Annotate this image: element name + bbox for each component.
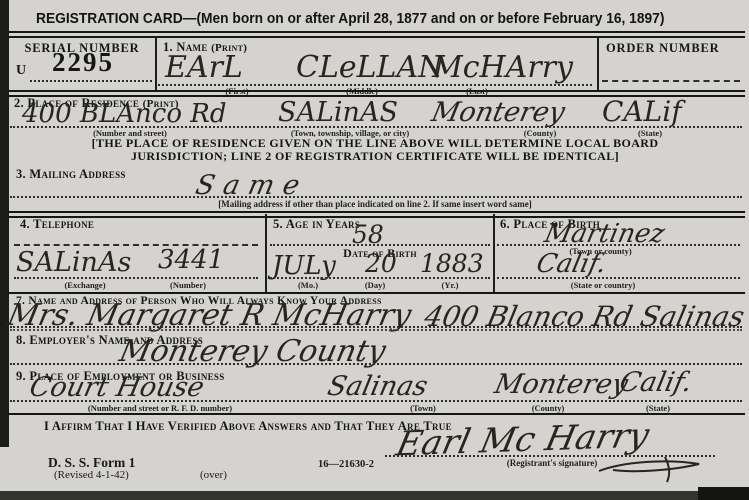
- dob-year-value: 1883: [420, 249, 484, 278]
- name-first-value: EArL: [165, 50, 243, 85]
- employment-state-value: Calif.: [617, 367, 695, 398]
- print-code: 16—21630-2: [318, 459, 374, 470]
- mailing-label: 3. Mailing Address: [16, 167, 126, 182]
- form-revised: (Revised 4-1-42): [54, 469, 129, 481]
- column-divider: [597, 36, 599, 90]
- mailing-hint: [Mailing address if other than place ind…: [100, 199, 650, 209]
- telephone-label: 4. Telephone: [20, 217, 94, 232]
- employment-county-caption: (County): [508, 403, 588, 413]
- jurisdiction-notice-line2: JURISDICTION; LINE 2 OF REGISTRATION CER…: [40, 149, 710, 164]
- age-label: 5. Age in Years: [273, 217, 360, 232]
- film-edge-left: [0, 0, 9, 447]
- serial-prefix: U: [16, 63, 26, 79]
- dob-month-caption: (Mo.): [278, 280, 338, 290]
- dob-day-caption: (Day): [345, 280, 405, 290]
- residence-state-value: CALif: [602, 95, 682, 128]
- column-divider: [493, 214, 495, 292]
- name-last-value: McHArry: [432, 50, 573, 85]
- residence-street-value: 400 BLAnco Rd: [22, 99, 226, 129]
- serial-number-value: 2295: [52, 47, 114, 78]
- serial-dotted-line: [30, 80, 152, 82]
- name-middle-value: CLeLLAN: [296, 50, 444, 85]
- telephone-number-caption: (Number): [148, 280, 228, 290]
- employment-state-caption: (State): [623, 403, 693, 413]
- over-note: (over): [200, 469, 227, 481]
- column-divider: [155, 36, 157, 90]
- row-double-rule: [8, 211, 745, 218]
- employment-dotted-line: [10, 400, 742, 402]
- mailing-dotted-line: [10, 196, 742, 198]
- residence-town-value: SALinAS: [278, 97, 398, 128]
- column-divider: [265, 214, 267, 292]
- contact-dotted-line-2: [10, 329, 742, 331]
- card-title: REGISTRATION CARD—(Men born on or after …: [36, 11, 664, 27]
- birth-state-dotted-line: [497, 277, 740, 279]
- affirmation-text: I Affirm That I Have Verified Above Answ…: [44, 419, 452, 434]
- birth-state-caption: (State or country): [528, 280, 678, 290]
- employer-dotted-line: [10, 363, 742, 365]
- contact-dotted-line: [10, 326, 742, 328]
- registration-card-scan: REGISTRATION CARD—(Men born on or after …: [0, 0, 749, 500]
- birth-state-value: Calif.: [534, 249, 609, 279]
- order-number-label: ORDER NUMBER: [606, 41, 719, 56]
- dob-year-caption: (Yr.): [420, 280, 480, 290]
- employment-county-value: Monterey: [492, 369, 631, 400]
- row-rule: [8, 413, 745, 415]
- signature-flourish-icon: [595, 457, 710, 483]
- employment-street-caption: (Number and street or R. F. D. number): [40, 403, 280, 413]
- dob-day-value: 20: [365, 249, 397, 278]
- employment-street-value: Court House: [27, 372, 207, 403]
- telephone-dotted-line: [14, 277, 258, 279]
- dob-dotted-line: [270, 277, 490, 279]
- header-double-rule: [8, 31, 745, 38]
- employment-town-value: Salinas: [325, 371, 431, 402]
- order-number-line: [602, 80, 740, 82]
- row-rule: [8, 292, 745, 294]
- employment-town-caption: (Town): [388, 403, 458, 413]
- scan-edge-bottom: [0, 491, 749, 500]
- scan-edge-corner: [698, 487, 749, 500]
- telephone-exchange-caption: (Exchange): [40, 280, 130, 290]
- telephone-exchange-value: SALinAs: [16, 247, 131, 278]
- telephone-number-value: 3441: [158, 245, 224, 275]
- residence-county-value: Monterey: [429, 97, 568, 128]
